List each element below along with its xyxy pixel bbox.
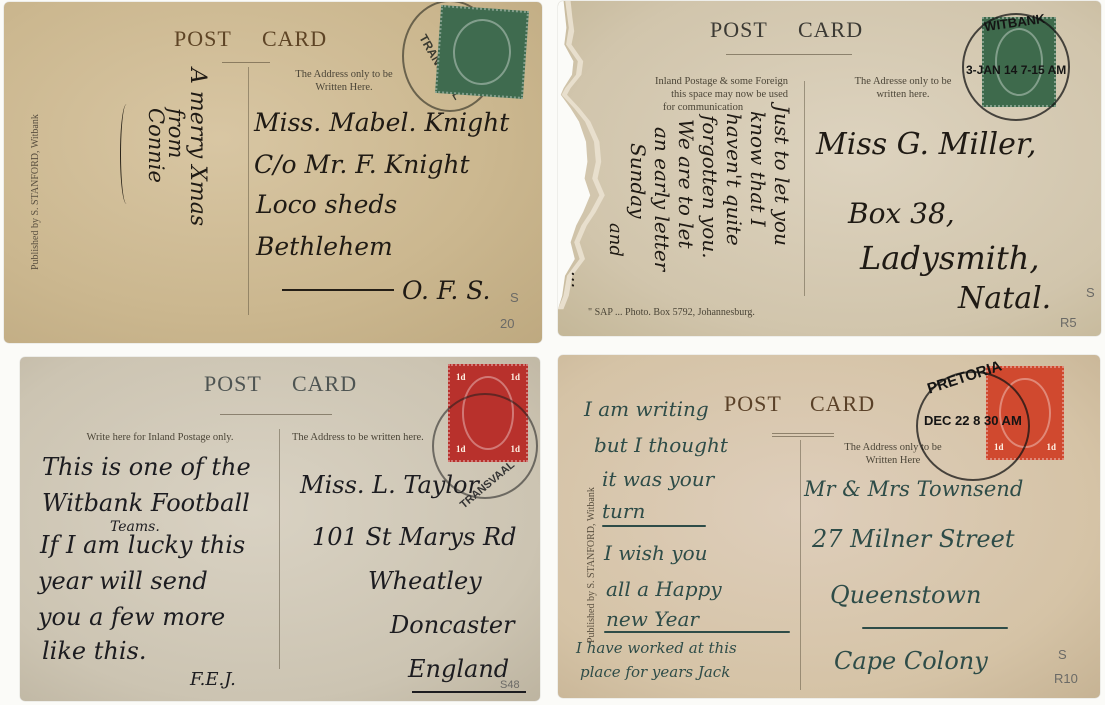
message-line-1: This is one of the [42, 453, 251, 481]
postcard-4: POST CARD The Address only to be Written… [558, 355, 1100, 698]
address-underline [412, 691, 526, 693]
title-rule [726, 54, 852, 55]
message-line-4: turn [602, 499, 645, 523]
pencil-note-1: S [510, 290, 519, 305]
stamp-green [435, 5, 529, 99]
postmark-date: DEC 22 8 30 AM [924, 413, 1022, 428]
address-instruction: The Address to be written here. [292, 431, 442, 444]
message-underline-2 [604, 631, 790, 633]
pencil-note-2: R10 [1054, 671, 1078, 686]
address-line-4: Bethlehem [256, 232, 393, 261]
message-line-9: place for years Jack [580, 663, 730, 681]
message-line-3: Connie [144, 108, 168, 183]
message-line-4: forgotten you. [698, 115, 722, 259]
address-line-4: Cape Colony [834, 647, 988, 675]
address-line-2: 101 St Marys Rd [312, 523, 516, 551]
pencil-note-2: 20 [500, 316, 514, 331]
message-line-5: We are to let [674, 119, 698, 249]
address-instruction: The Address only to be Written Here. [284, 68, 404, 94]
address-line-5: England [408, 655, 509, 683]
divider-line [800, 440, 801, 690]
message-line-8: and [605, 223, 626, 257]
message-line-7: new Year [606, 607, 699, 631]
address-line-3: Wheatley [368, 567, 482, 595]
message-line-3: it was your [602, 467, 714, 491]
postcard-title-card: CARD [292, 371, 357, 397]
address-underline [282, 289, 394, 291]
postcard-title-card: CARD [810, 391, 875, 417]
message-instruction: Inland Postage & some Foreign this space… [618, 75, 788, 114]
message-instruction: Write here for Inland Postage only. [60, 431, 260, 444]
publisher-imprint: Published by S. STANFORD, Witbank [586, 487, 597, 643]
message-signature: F.E.J. [190, 669, 236, 690]
address-line-2: C/o Mr. F. Knight [254, 150, 470, 179]
message-line-7: like this. [42, 637, 146, 665]
address-line-4: Natal. [958, 281, 1051, 316]
publisher-imprint: Published by S. STANFORD, Witbank [30, 114, 41, 270]
postcard-title-post: POST [724, 391, 782, 417]
title-rule [772, 433, 834, 434]
address-line-2: 27 Milner Street [812, 525, 1014, 553]
message-line-8: I have worked at this [576, 639, 737, 657]
address-instruction: The Adresse only to be written here. [838, 75, 968, 101]
address-line-2: Box 38, [848, 197, 955, 230]
message-line-4: If I am lucky this [40, 531, 245, 559]
postcard-title-post: POST [174, 26, 232, 52]
message-line-7: Sunday [626, 143, 650, 219]
flourish-mark [120, 104, 133, 204]
title-rule [222, 62, 270, 63]
divider-line [248, 67, 249, 315]
postcard-title-post: POST [710, 17, 768, 43]
divider-line [279, 429, 280, 669]
title-rule [220, 414, 332, 415]
divider-line [804, 81, 805, 296]
address-line-4: Doncaster [390, 611, 515, 639]
address-line-1: Miss G. Miller, [816, 127, 1036, 162]
address-line-3: Loco sheds [256, 190, 397, 219]
address-line-3: Queenstown [830, 581, 981, 609]
address-underline [862, 627, 1008, 629]
postcard-title-card: CARD [798, 17, 863, 43]
pencil-note-1: S [1058, 647, 1067, 662]
address-line-3: Ladysmith, [860, 239, 1040, 277]
postcard-title-card: CARD [262, 26, 327, 52]
stamp-portrait [451, 17, 513, 87]
address-line-1: Mr & Mrs Townsend [804, 477, 1023, 501]
message-line-5: year will send [38, 567, 208, 595]
publisher-imprint: " SAP ... Photo. Box 5792, Johannesburg. [588, 306, 848, 319]
message-line-1: Just to let you [770, 105, 794, 246]
address-line-1: Miss. Mabel. Knight [254, 108, 509, 137]
title-rule-2 [772, 436, 834, 437]
pencil-note-2: R5 [1060, 315, 1077, 330]
message-line-5: I wish you [604, 541, 708, 565]
message-line-2: but I thought [594, 433, 728, 457]
postcard-3: POST CARD Write here for Inland Postage … [20, 357, 540, 701]
message-line-1: I am writing [584, 397, 709, 421]
message-line-6: all a Happy [606, 577, 722, 601]
message-line-1: A merry Xmas [185, 68, 210, 226]
message-line-3: haven't quite [722, 113, 746, 246]
pencil-note: S48 [500, 679, 520, 691]
message-line-6: you a few more [38, 603, 225, 631]
message-line-9: ... [567, 271, 588, 288]
address-line-5: O. F. S. [402, 276, 490, 305]
postmark-date: 3-JAN 14 7-15 AM [966, 63, 1066, 77]
message-line-2: know that I [746, 111, 770, 227]
message-line-2: Witbank Football [42, 489, 250, 517]
postcard-2: POST CARD Inland Postage & some Foreign … [558, 1, 1101, 336]
postcard-1: POST CARD The Address only to be Written… [4, 2, 542, 343]
pencil-note-1: S [1086, 285, 1095, 300]
postcard-title-post: POST [204, 371, 262, 397]
message-line-6: an early letter [650, 127, 674, 271]
message-underline-1 [602, 525, 706, 527]
